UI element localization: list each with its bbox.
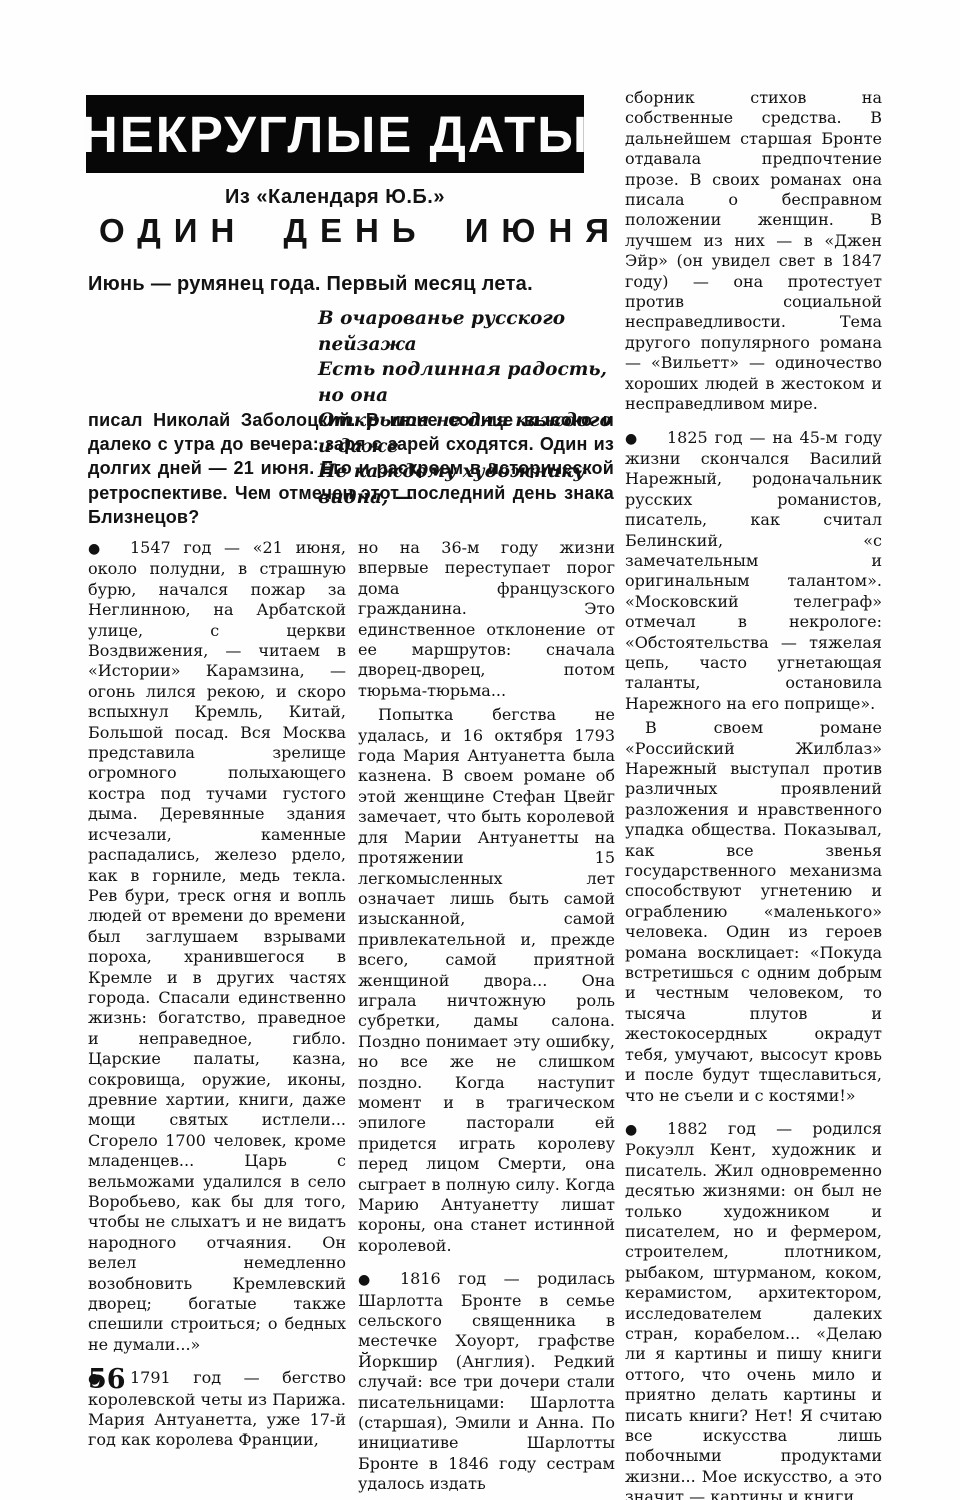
entry-1882-text: 1882 год — родился Рокуэлл Кент, художни…	[625, 1119, 882, 1500]
paragraph-zhilblaz: В своем романе «Российский Жилблаз» Наре…	[625, 718, 882, 1106]
bullet-icon: ●	[358, 1270, 400, 1290]
article-kicker: Из «Календаря Ю.Б.»	[86, 186, 584, 209]
page-number: 56	[88, 1364, 126, 1395]
article-title: ОДИН ДЕНЬ ИЮНЯ	[86, 212, 584, 250]
entry-1791: ●1791 год — бегство королевской четы из …	[88, 1368, 346, 1451]
bullet-icon: ●	[88, 539, 130, 559]
entry-1791-continuation: но на 36-м году жизни впервые переступае…	[358, 538, 615, 701]
magazine-page: НЕКРУГЛЫЕ ДАТЫ Из «Календаря Ю.Б.» ОДИН …	[0, 0, 960, 1500]
entry-1825-text: 1825 год — на 45-м году жизни скончался …	[625, 428, 882, 713]
poem-line-2: Есть подлинная радость, но она	[318, 357, 618, 408]
entry-1825: ●1825 год — на 45-м году жизни скончался…	[625, 428, 882, 715]
entry-1882: ●1882 год — родился Рокуэлл Кент, художн…	[625, 1119, 882, 1500]
lead-line: Июнь — румянец года. Первый месяц лета.	[88, 273, 614, 296]
section-banner-title: НЕКРУГЛЫЕ ДАТЫ	[81, 105, 589, 164]
paragraph-escape-attempt: Попытка бегства не удалась, и 16 октября…	[358, 705, 615, 1256]
entry-1816: ●1816 год — родилась Шарлотта Бронте в с…	[358, 1269, 615, 1494]
entry-1816-text: 1816 год — родилась Шарлотта Бронте в се…	[358, 1269, 615, 1493]
entry-1816-continuation: сборник стихов на собственные средства. …	[625, 88, 882, 415]
entry-1547-text: 1547 год — «21 июня, около полудни, в ст…	[88, 538, 346, 1354]
column-2: но на 36-м году жизни впервые переступае…	[358, 538, 615, 1495]
poem-line-1: В очарованье русского пейзажа	[318, 306, 618, 357]
intro-paragraph: писал Николай Заболоцкий. В июне солнце …	[88, 408, 614, 529]
entry-1816-continuation-text: сборник стихов на собственные средства. …	[625, 88, 882, 413]
bullet-icon: ●	[625, 429, 667, 449]
entry-1547: ●1547 год — «21 июня, около полудни, в с…	[88, 538, 346, 1355]
section-banner: НЕКРУГЛЫЕ ДАТЫ	[86, 95, 584, 173]
column-3: сборник стихов на собственные средства. …	[625, 88, 882, 1500]
bullet-icon: ●	[625, 1120, 667, 1140]
paragraph-zhilblaz-text: В своем романе «Российский Жилблаз» Наре…	[625, 718, 882, 1104]
column-1: ●1547 год — «21 июня, около полудни, в с…	[88, 538, 346, 1451]
paragraph-escape-attempt-text: Попытка бегства не удалась, и 16 октября…	[358, 705, 615, 1255]
entry-1791-continuation-text: но на 36-м году жизни впервые переступае…	[358, 538, 615, 700]
